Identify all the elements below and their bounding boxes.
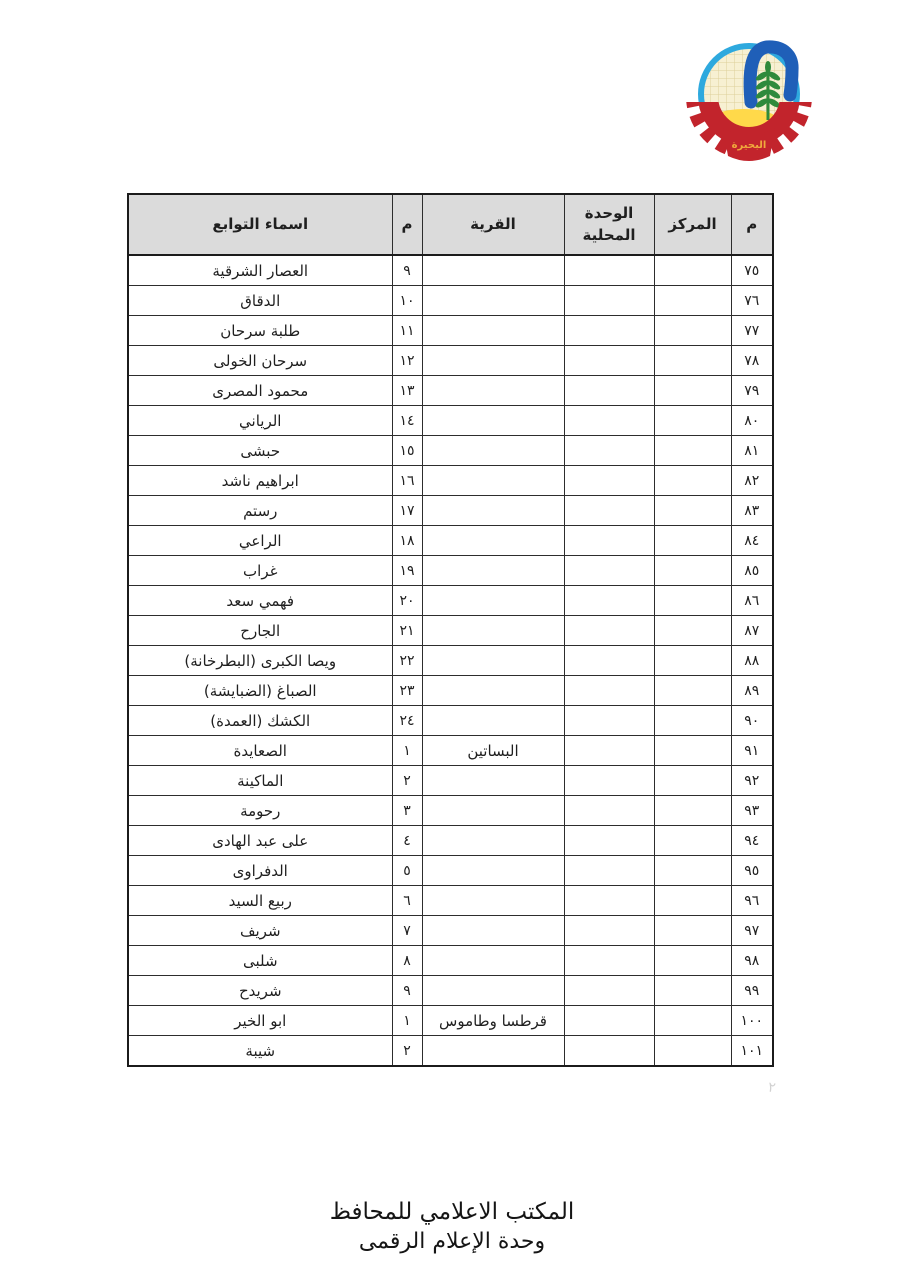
cell-sub_num: ١٢	[392, 346, 422, 376]
footer-line-digital-media-unit: وحدة الإعلام الرقمى	[0, 1228, 904, 1257]
table-header-row: م المركز الوحدة المحلية القرية م اسماء ا…	[128, 194, 773, 255]
cell-markaz	[654, 526, 731, 556]
cell-num: ٨٣	[731, 496, 773, 526]
cell-markaz	[654, 346, 731, 376]
header-sub-serial: م	[392, 194, 422, 255]
table-row: ٨٣١٧رستم	[128, 496, 773, 526]
cell-sub_num: ٢	[392, 766, 422, 796]
table-body: ٧٥٩العصار الشرقية٧٦١٠الدقاق٧٧١١طلبة سرحا…	[128, 255, 773, 1066]
cell-num: ٨٥	[731, 556, 773, 586]
cell-num: ٨٦	[731, 586, 773, 616]
header-local-unit: الوحدة المحلية	[564, 194, 654, 255]
cell-name: ابو الخير	[128, 1006, 392, 1036]
cell-markaz	[654, 255, 731, 286]
cell-num: ٨٤	[731, 526, 773, 556]
cell-village	[422, 436, 564, 466]
table-row: ٧٩١٣محمود المصرى	[128, 376, 773, 406]
cell-num: ٨٨	[731, 646, 773, 676]
cell-unit	[564, 346, 654, 376]
cell-unit	[564, 496, 654, 526]
cell-name: الرياني	[128, 406, 392, 436]
cell-unit	[564, 916, 654, 946]
cell-unit	[564, 406, 654, 436]
cell-num: ٨٢	[731, 466, 773, 496]
table-row: ٧٥٩العصار الشرقية	[128, 255, 773, 286]
cell-village	[422, 556, 564, 586]
cell-name: محمود المصرى	[128, 376, 392, 406]
cell-sub_num: ١	[392, 1006, 422, 1036]
cell-name: ويصا الكبرى (البطرخانة)	[128, 646, 392, 676]
cell-markaz	[654, 826, 731, 856]
cell-sub_num: ١١	[392, 316, 422, 346]
cell-unit	[564, 676, 654, 706]
cell-unit	[564, 856, 654, 886]
cell-village	[422, 496, 564, 526]
cell-markaz	[654, 976, 731, 1006]
cell-num: ٩٥	[731, 856, 773, 886]
table-row: ٩٣٣رحومة	[128, 796, 773, 826]
table-row: ٩٧٧شريف	[128, 916, 773, 946]
cell-name: شريف	[128, 916, 392, 946]
cell-sub_num: ٢٢	[392, 646, 422, 676]
table-row: ٨٥١٩غراب	[128, 556, 773, 586]
page-footer: المكتب الاعلامي للمحافظ وحدة الإعلام الر…	[0, 1198, 904, 1256]
cell-sub_num: ١٦	[392, 466, 422, 496]
cell-sub_num: ٩	[392, 255, 422, 286]
cell-village	[422, 586, 564, 616]
cell-name: العصار الشرقية	[128, 255, 392, 286]
cell-village	[422, 676, 564, 706]
header-serial: م	[731, 194, 773, 255]
cell-num: ٧٨	[731, 346, 773, 376]
table-row: ٩٤٤على عبد الهادى	[128, 826, 773, 856]
cell-village	[422, 1036, 564, 1067]
cell-markaz	[654, 1036, 731, 1067]
cell-num: ٩٠	[731, 706, 773, 736]
cell-sub_num: ١٩	[392, 556, 422, 586]
cell-markaz	[654, 946, 731, 976]
cell-num: ٩٤	[731, 826, 773, 856]
cell-num: ٧٥	[731, 255, 773, 286]
cell-sub_num: ١٠	[392, 286, 422, 316]
cell-unit	[564, 526, 654, 556]
cell-village	[422, 796, 564, 826]
cell-num: ٩٦	[731, 886, 773, 916]
cell-unit	[564, 706, 654, 736]
cell-village: البساتين	[422, 736, 564, 766]
cell-markaz	[654, 706, 731, 736]
cell-village	[422, 376, 564, 406]
cell-name: ربيع السيد	[128, 886, 392, 916]
cell-markaz	[654, 496, 731, 526]
table-row: ٨٠١٤الرياني	[128, 406, 773, 436]
cell-name: فهمي سعد	[128, 586, 392, 616]
cell-name: الجارح	[128, 616, 392, 646]
cell-markaz	[654, 376, 731, 406]
cell-num: ٩٢	[731, 766, 773, 796]
cell-village	[422, 976, 564, 1006]
cell-unit	[564, 286, 654, 316]
cell-name: الدفراوى	[128, 856, 392, 886]
cell-markaz	[654, 466, 731, 496]
table-row: ١٠٠قرطسا وطاموس١ابو الخير	[128, 1006, 773, 1036]
cell-markaz	[654, 766, 731, 796]
cell-num: ١٠١	[731, 1036, 773, 1067]
cell-village	[422, 526, 564, 556]
cell-name: رحومة	[128, 796, 392, 826]
table-row: ٨٧٢١الجارح	[128, 616, 773, 646]
subsidiaries-table: م المركز الوحدة المحلية القرية م اسماء ا…	[127, 193, 774, 1067]
header-village: القرية	[422, 194, 564, 255]
table-row: ٩٦٦ربيع السيد	[128, 886, 773, 916]
cell-village	[422, 706, 564, 736]
table-row: ٨٩٢٣الصباغ (الضبايشة)	[128, 676, 773, 706]
cell-name: شيبة	[128, 1036, 392, 1067]
cell-sub_num: ١٣	[392, 376, 422, 406]
cell-name: شريدح	[128, 976, 392, 1006]
cell-markaz	[654, 406, 731, 436]
cell-name: ابراهيم ناشد	[128, 466, 392, 496]
cell-unit	[564, 796, 654, 826]
table-row: ٧٦١٠الدقاق	[128, 286, 773, 316]
cell-num: ٨٠	[731, 406, 773, 436]
cell-village	[422, 616, 564, 646]
cell-name: شلبى	[128, 946, 392, 976]
cell-sub_num: ١٧	[392, 496, 422, 526]
cell-unit	[564, 736, 654, 766]
header-subsidiary-names: اسماء التوابع	[128, 194, 392, 255]
table-header: م المركز الوحدة المحلية القرية م اسماء ا…	[128, 194, 773, 255]
cell-village	[422, 886, 564, 916]
cell-village	[422, 916, 564, 946]
faint-page-mark: ٢	[767, 1080, 777, 1097]
header-markaz: المركز	[654, 194, 731, 255]
cell-village	[422, 286, 564, 316]
cell-name: طلبة سرحان	[128, 316, 392, 346]
cell-unit	[564, 976, 654, 1006]
cell-unit	[564, 586, 654, 616]
cell-village	[422, 826, 564, 856]
cell-name: غراب	[128, 556, 392, 586]
table-row: ٨٢١٦ابراهيم ناشد	[128, 466, 773, 496]
cell-sub_num: ٣	[392, 796, 422, 826]
cell-sub_num: ١٥	[392, 436, 422, 466]
cell-unit	[564, 255, 654, 286]
cell-markaz	[654, 316, 731, 346]
table-row: ٩١البساتين١الصعايدة	[128, 736, 773, 766]
cell-sub_num: ٦	[392, 886, 422, 916]
cell-unit	[564, 1036, 654, 1067]
cell-village	[422, 406, 564, 436]
cell-name: الراعي	[128, 526, 392, 556]
cell-sub_num: ١٨	[392, 526, 422, 556]
cell-sub_num: ١٤	[392, 406, 422, 436]
footer-line-media-office: المكتب الاعلامي للمحافظ	[0, 1198, 904, 1228]
cell-markaz	[654, 796, 731, 826]
cell-sub_num: ٨	[392, 946, 422, 976]
cell-name: الماكينة	[128, 766, 392, 796]
cell-name: حبشى	[128, 436, 392, 466]
table-row: ٩٥٥الدفراوى	[128, 856, 773, 886]
cell-num: ٨٩	[731, 676, 773, 706]
cell-markaz	[654, 1006, 731, 1036]
cell-markaz	[654, 856, 731, 886]
cell-unit	[564, 886, 654, 916]
table-row: ٨١١٥حبشى	[128, 436, 773, 466]
table-row: ٩٠٢٤الكشك (العمدة)	[128, 706, 773, 736]
cell-unit	[564, 946, 654, 976]
cell-num: ٨٧	[731, 616, 773, 646]
cell-sub_num: ٥	[392, 856, 422, 886]
cell-markaz	[654, 646, 731, 676]
cell-unit	[564, 826, 654, 856]
cell-num: ٧٧	[731, 316, 773, 346]
table-row: ٩٢٢الماكينة	[128, 766, 773, 796]
cell-num: ٩٩	[731, 976, 773, 1006]
cell-sub_num: ٢٣	[392, 676, 422, 706]
cell-num: ٩١	[731, 736, 773, 766]
cell-name: سرحان الخولى	[128, 346, 392, 376]
cell-markaz	[654, 886, 731, 916]
cell-num: ٨١	[731, 436, 773, 466]
cell-sub_num: ٢٠	[392, 586, 422, 616]
cell-village	[422, 766, 564, 796]
cell-unit	[564, 616, 654, 646]
cell-num: ٩٧	[731, 916, 773, 946]
cell-markaz	[654, 616, 731, 646]
cell-sub_num: ٤	[392, 826, 422, 856]
cell-markaz	[654, 736, 731, 766]
cell-name: الصباغ (الضبايشة)	[128, 676, 392, 706]
table-row: ٨٨٢٢ويصا الكبرى (البطرخانة)	[128, 646, 773, 676]
table-row: ٨٦٢٠فهمي سعد	[128, 586, 773, 616]
cell-unit	[564, 766, 654, 796]
cell-village	[422, 646, 564, 676]
cell-village: قرطسا وطاموس	[422, 1006, 564, 1036]
cell-village	[422, 946, 564, 976]
cell-name: الصعايدة	[128, 736, 392, 766]
cell-num: ٩٨	[731, 946, 773, 976]
cell-name: الدقاق	[128, 286, 392, 316]
cell-unit	[564, 376, 654, 406]
document-page: البحيرة م المركز الوحدة المحلية القرية م…	[0, 0, 904, 1280]
cell-markaz	[654, 556, 731, 586]
cell-unit	[564, 556, 654, 586]
cell-sub_num: ١	[392, 736, 422, 766]
cell-markaz	[654, 286, 731, 316]
cell-name: الكشك (العمدة)	[128, 706, 392, 736]
cell-num: ٧٩	[731, 376, 773, 406]
cell-unit	[564, 1006, 654, 1036]
table-row: ٧٧١١طلبة سرحان	[128, 316, 773, 346]
logo-banner-text: البحيرة	[732, 140, 767, 151]
cell-markaz	[654, 436, 731, 466]
cell-unit	[564, 646, 654, 676]
cell-village	[422, 316, 564, 346]
cell-sub_num: ٩	[392, 976, 422, 1006]
table-row: ٨٤١٨الراعي	[128, 526, 773, 556]
cell-markaz	[654, 676, 731, 706]
cell-unit	[564, 436, 654, 466]
cell-sub_num: ٢	[392, 1036, 422, 1067]
table-row: ٧٨١٢سرحان الخولى	[128, 346, 773, 376]
table-row: ٩٨٨شلبى	[128, 946, 773, 976]
cell-name: رستم	[128, 496, 392, 526]
cell-village	[422, 255, 564, 286]
cell-name: على عبد الهادى	[128, 826, 392, 856]
cell-unit	[564, 316, 654, 346]
cell-sub_num: ٢١	[392, 616, 422, 646]
cell-markaz	[654, 586, 731, 616]
cell-village	[422, 466, 564, 496]
cell-num: ٧٦	[731, 286, 773, 316]
cell-sub_num: ٢٤	[392, 706, 422, 736]
cell-num: ٩٣	[731, 796, 773, 826]
cell-markaz	[654, 916, 731, 946]
cell-village	[422, 346, 564, 376]
beheira-governorate-logo-icon: البحيرة	[686, 38, 818, 174]
cell-num: ١٠٠	[731, 1006, 773, 1036]
cell-village	[422, 856, 564, 886]
table-row: ٩٩٩شريدح	[128, 976, 773, 1006]
cell-sub_num: ٧	[392, 916, 422, 946]
cell-unit	[564, 466, 654, 496]
table-row: ١٠١٢شيبة	[128, 1036, 773, 1067]
